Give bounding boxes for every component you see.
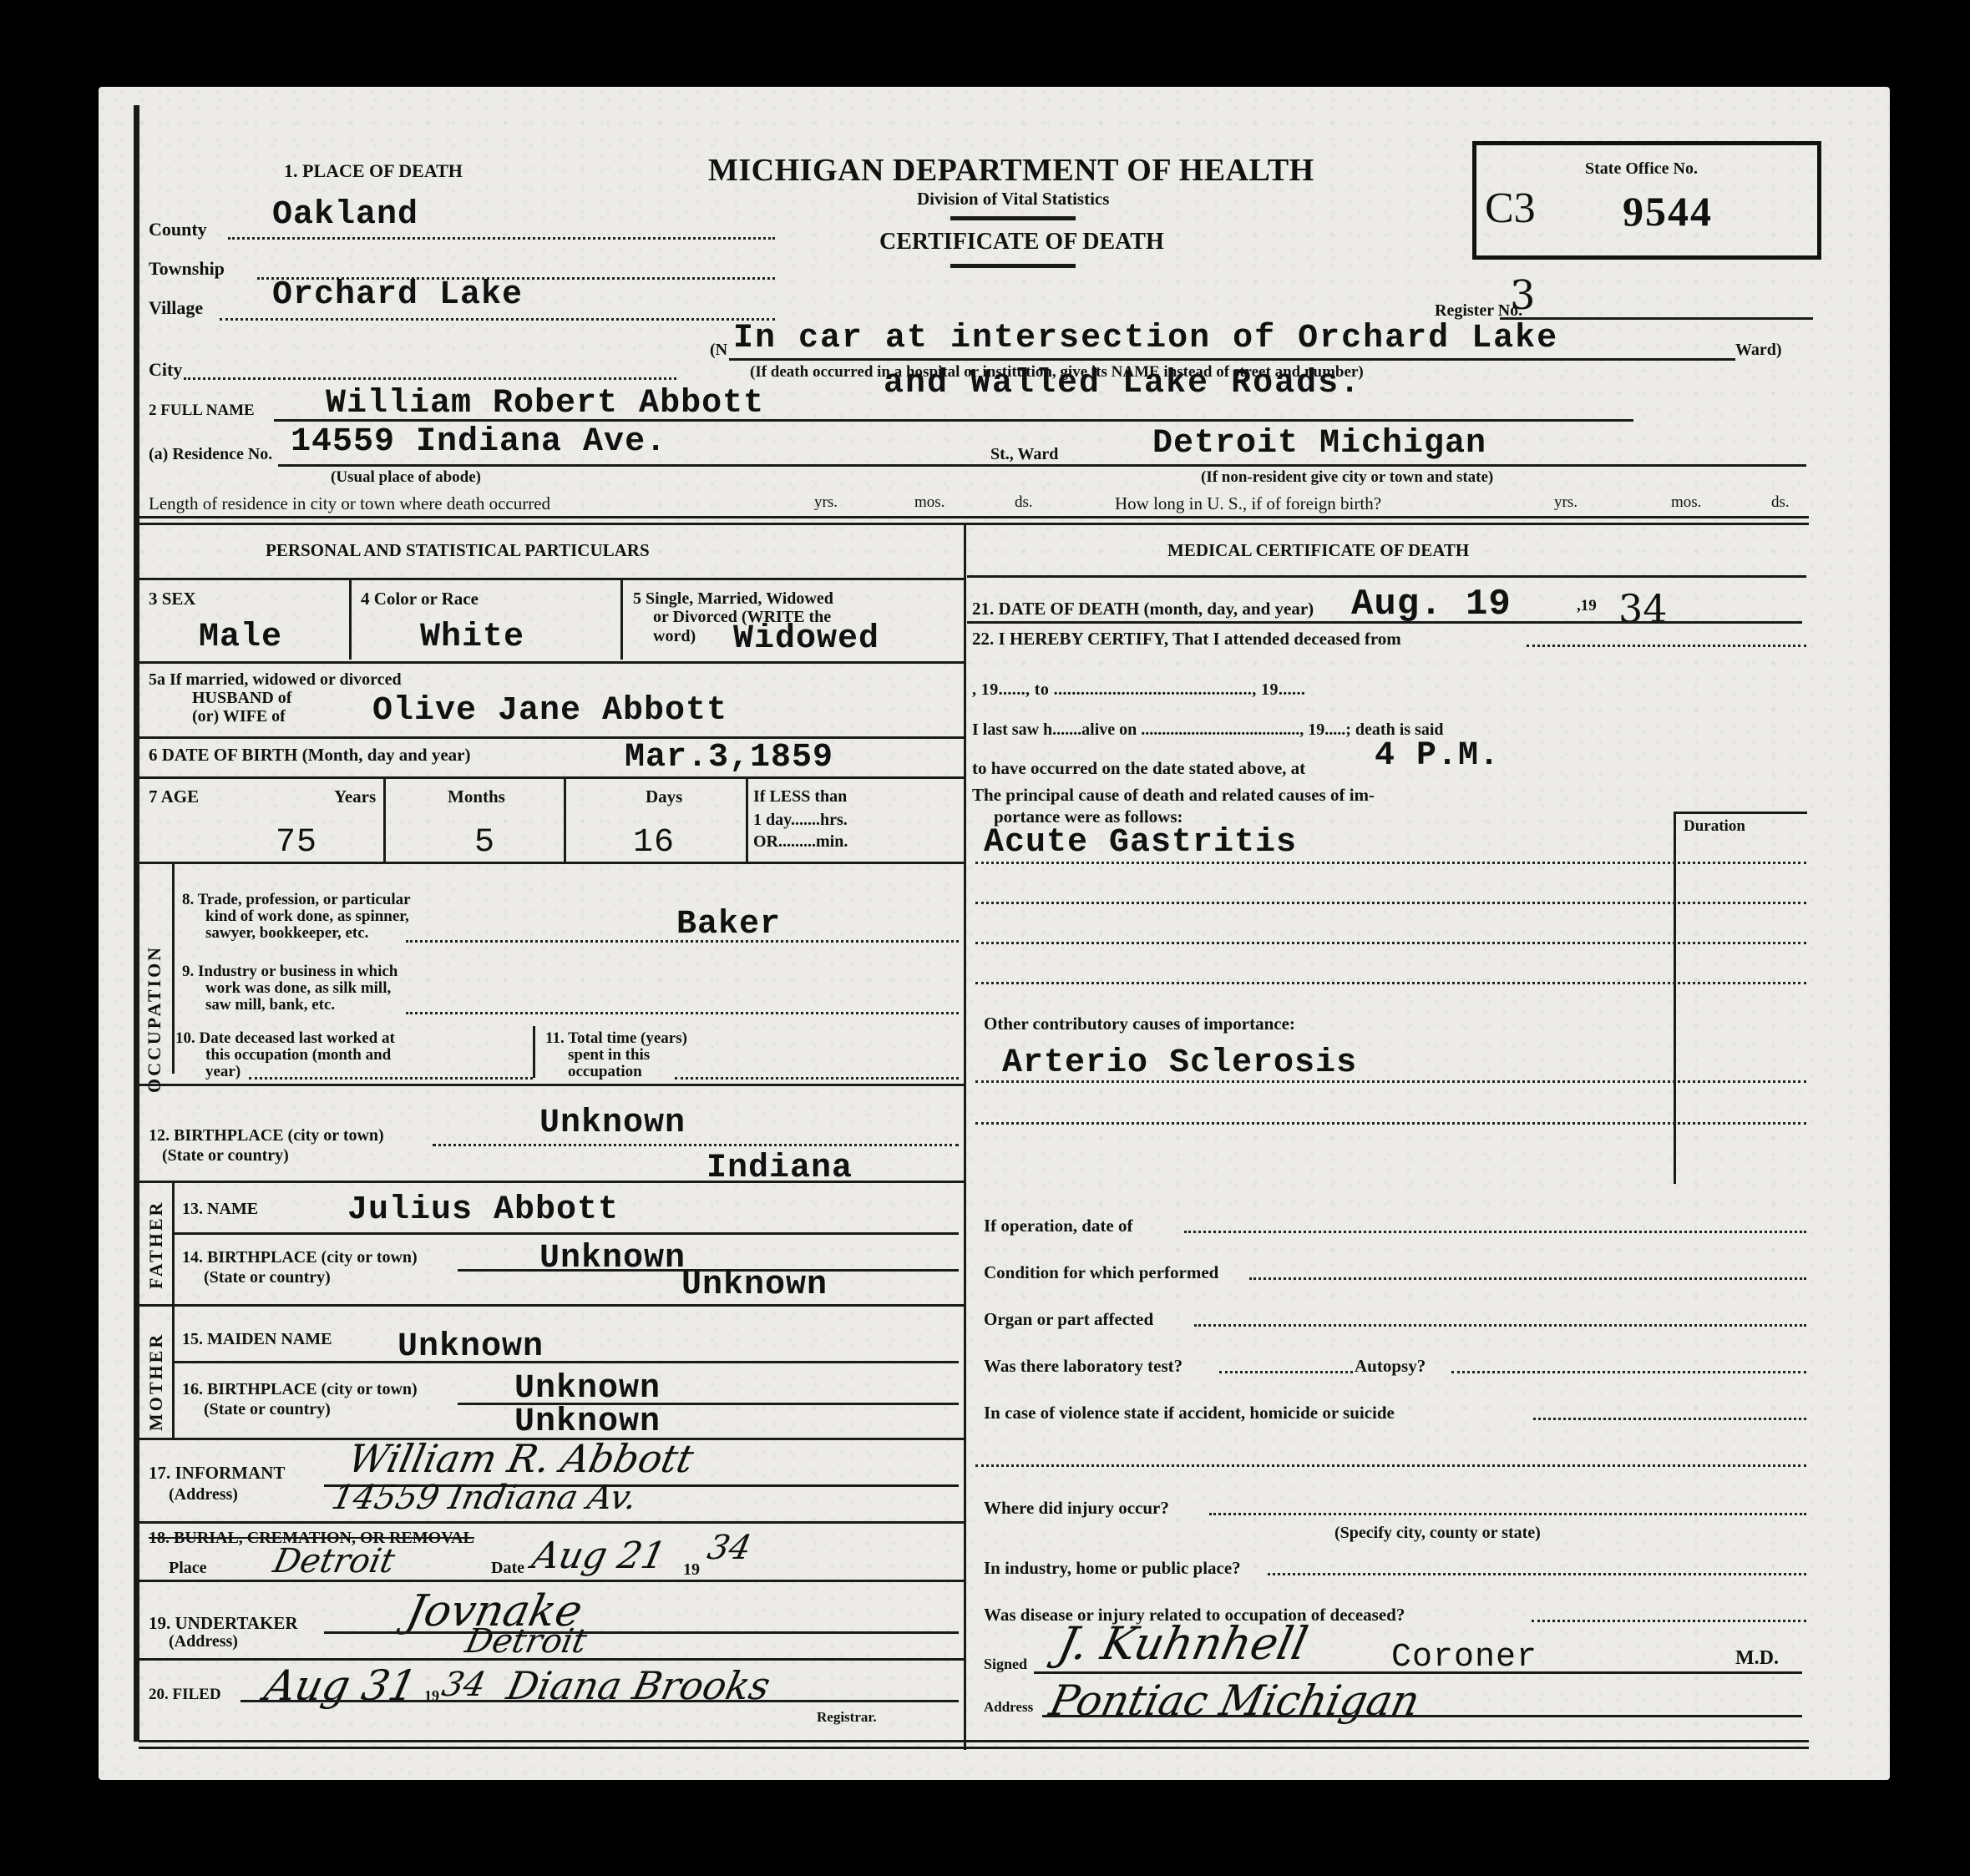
personal-section-title: PERSONAL AND STATISTICAL PARTICULARS <box>266 542 650 559</box>
maiden-name: Unknown <box>398 1331 544 1364</box>
filed-label: 20. FILED <box>149 1686 221 1702</box>
birthplace-city: Unknown <box>539 1107 686 1140</box>
burial-year: 34 <box>705 1531 754 1565</box>
residence-label: (a) Residence No. <box>149 446 272 463</box>
division-subtitle: Division of Vital Statistics <box>917 190 1109 208</box>
time-of-death: 4 P.M. <box>1375 740 1500 773</box>
age-months-value: 5 <box>474 827 495 860</box>
occurred-label: to have occurred on the date stated abov… <box>972 760 1305 777</box>
age-divider-3 <box>746 778 748 862</box>
total-time-label-3: occupation <box>568 1064 642 1080</box>
length-of-residence-label: Length of residence in city or town wher… <box>149 494 550 513</box>
industry-line <box>406 1012 959 1014</box>
sex-race-divider <box>349 579 352 660</box>
title-rule-top <box>950 216 1076 220</box>
mother-birthplace-label: 16. BIRTHPLACE (city or town) <box>182 1381 418 1398</box>
lab-test-line <box>1219 1371 1353 1373</box>
last-worked-label-3: year) <box>205 1064 241 1080</box>
race-value: White <box>420 621 524 655</box>
mother-state-label: (State or country) <box>204 1401 331 1418</box>
township-label: Township <box>149 260 225 278</box>
occupation-related-line <box>1532 1620 1806 1622</box>
header-double-rule-1 <box>139 516 1809 518</box>
less-label-1: If LESS than <box>753 788 847 805</box>
state-office-label: State Office No. <box>1585 160 1698 177</box>
sex-value: Male <box>199 621 282 655</box>
header-double-rule-2 <box>139 523 1809 525</box>
burial-year-prefix: 19 <box>683 1561 700 1578</box>
state-office-prefix: C3 <box>1485 184 1536 233</box>
residence-value: 14559 Indiana Ave. <box>291 426 666 459</box>
coroner-signature: J. Kuhnhell <box>1054 1621 1311 1666</box>
last-worked-label-1: 10. Date deceased last worked at <box>175 1030 395 1047</box>
father-name-label: 13. NAME <box>182 1201 258 1217</box>
dod-year: 34 <box>1618 586 1668 631</box>
race-label: 4 Color or Race <box>361 590 479 608</box>
county-line <box>228 237 775 240</box>
marital-label-1: 5 Single, Married, Widowed <box>633 590 833 607</box>
filed-line <box>241 1700 959 1702</box>
principal-cause: Acute Gastritis <box>984 827 1297 860</box>
foreign-ds: ds. <box>1771 494 1790 511</box>
cause-label-1: The principal cause of death and related… <box>972 786 1375 804</box>
full-name-line <box>274 419 1633 422</box>
undertaker-rule <box>139 1658 964 1661</box>
foreign-yrs: yrs. <box>1554 494 1578 511</box>
dod-label: 21. DATE OF DEATH (month, day, and year) <box>972 600 1314 618</box>
state-office-box: State Office No. C3 9544 <box>1472 141 1821 260</box>
marital-label-3: word) <box>653 628 696 645</box>
burial-place: Detroit <box>271 1545 398 1578</box>
informant-address: 14559 Indiana Av. <box>329 1481 640 1514</box>
other-cause: Arterio Sclerosis <box>1002 1047 1357 1080</box>
coroner-suffix: M.D. <box>1735 1648 1779 1668</box>
undertaker-label: 19. UNDERTAKER <box>149 1615 298 1632</box>
trade-label-3: sawyer, bookkeeper, etc. <box>205 925 368 942</box>
cause-line-1 <box>975 862 1806 864</box>
mother-birthplace-city: Unknown <box>514 1373 661 1406</box>
trade-line <box>406 940 959 943</box>
signer-address-label: Address <box>984 1700 1033 1714</box>
age-days-label: Days <box>646 788 682 806</box>
signed-line <box>1034 1671 1802 1674</box>
age-divider-1 <box>383 778 386 862</box>
county-label: County <box>149 220 207 239</box>
city-label: City <box>149 361 182 379</box>
trade-value: Baker <box>676 908 781 942</box>
signed-label: Signed <box>984 1656 1027 1671</box>
age-divider-2 <box>564 778 566 862</box>
injury-where-label: Where did injury occur? <box>984 1499 1169 1517</box>
cause-label-2: portance were as follows: <box>994 808 1183 826</box>
mother-side-label: MOTHER <box>145 1314 167 1431</box>
father-side-rule <box>172 1182 175 1306</box>
cause-line-2 <box>975 902 1806 904</box>
personal-rule <box>139 578 964 580</box>
nonresident-note: (If non-resident give city or town and s… <box>1201 469 1493 486</box>
footer-double-rule-1 <box>139 1740 1809 1742</box>
industry-label-3: saw mill, bank, etc. <box>205 997 335 1014</box>
lab-test-label: Was there laboratory test? <box>984 1358 1183 1375</box>
street-prefix: (N <box>710 341 727 358</box>
other-cause-line-2 <box>975 1122 1806 1125</box>
foreign-birth-label: How long in U. S., if of foreign birth? <box>1115 494 1381 513</box>
spouse-label-3: (or) WIFE of <box>192 708 286 725</box>
injury-where-line <box>1209 1513 1806 1515</box>
cause-line-4 <box>975 982 1806 984</box>
industry-home-line <box>1268 1573 1806 1575</box>
operation-label: If operation, date of <box>984 1217 1132 1235</box>
county-value: Oakland <box>272 199 418 232</box>
father-rule <box>139 1304 964 1307</box>
birthplace-label: 12. BIRTHPLACE (city or town) <box>149 1127 384 1144</box>
injury-where-note: (Specify city, county or state) <box>1334 1525 1541 1541</box>
autopsy-line <box>1451 1371 1806 1373</box>
age-rule <box>139 862 964 864</box>
condition-line <box>1249 1277 1806 1280</box>
burial-rule <box>139 1580 964 1582</box>
industry-label-1: 9. Industry or business in which <box>182 963 398 980</box>
death-certificate: 1. PLACE OF DEATH County Oakland Townshi… <box>99 87 1890 1780</box>
foreign-mos: mos. <box>1671 494 1701 511</box>
burial-place-label: Place <box>169 1560 207 1576</box>
maiden-name-label: 15. MAIDEN NAME <box>182 1331 332 1348</box>
street-line <box>729 358 1735 361</box>
spouse-value: Olive Jane Abbott <box>372 695 727 728</box>
occupation-side-rule <box>172 863 175 1074</box>
title-rule-bottom <box>950 264 1076 268</box>
occupation-rule <box>139 1084 964 1086</box>
coroner-title: Coroner <box>1391 1641 1537 1675</box>
informant-rule <box>139 1521 964 1524</box>
occupation-side-label: OCCUPATION <box>144 876 165 1093</box>
signer-address-line <box>1042 1715 1802 1717</box>
place-of-death-street: In car at intersection of Orchard Lake <box>733 322 1558 356</box>
age-label: 7 AGE <box>149 788 199 806</box>
st-ward-label: St., Ward <box>990 446 1058 463</box>
undertaker-line <box>324 1631 959 1634</box>
left-border-rule <box>134 105 139 1742</box>
violence-line <box>1533 1418 1806 1420</box>
dod-value: Aug. 19 <box>1351 586 1512 623</box>
sex-row-rule <box>139 661 964 664</box>
occupation-mid-divider <box>533 1026 535 1078</box>
less-label-3: OR.........min. <box>753 833 848 850</box>
maiden-name-line <box>174 1361 959 1363</box>
violence-label: In case of violence state if accident, h… <box>984 1404 1395 1422</box>
age-days-value: 16 <box>633 827 675 860</box>
center-divider <box>964 523 966 1750</box>
informant-address-label: (Address) <box>169 1486 238 1503</box>
father-birthplace-label: 14. BIRTHPLACE (city or town) <box>182 1249 418 1266</box>
dob-label: 6 DATE OF BIRTH (Month, day and year) <box>149 746 470 764</box>
trade-label-2: kind of work done, as spinner, <box>205 908 409 925</box>
residence-city-state: Detroit Michigan <box>1152 427 1486 461</box>
father-state-label: (State or country) <box>204 1269 331 1286</box>
dob-value: Mar.3,1859 <box>625 741 833 775</box>
trade-label-1: 8. Trade, profession, or particular <box>182 892 411 908</box>
village-label: Village <box>149 299 203 317</box>
father-birthplace-state: Unknown <box>681 1269 828 1302</box>
duration-top-rule <box>1675 812 1807 814</box>
place-of-death-heading: 1. PLACE OF DEATH <box>284 162 463 180</box>
medical-section-title: MEDICAL CERTIFICATE OF DEATH <box>1167 542 1469 559</box>
industry-home-label: In industry, home or public place? <box>984 1560 1241 1577</box>
filed-year: 34 <box>439 1668 489 1702</box>
total-time-label-2: spent in this <box>568 1047 650 1064</box>
father-name-line <box>174 1232 959 1235</box>
spouse-label-2: HUSBAND of <box>192 690 291 706</box>
spouse-rule <box>139 736 964 739</box>
village-line <box>220 318 775 321</box>
condition-label: Condition for which performed <box>984 1264 1218 1282</box>
birthplace-state-label: (State or country) <box>162 1147 289 1164</box>
full-name-label: 2 FULL NAME <box>149 402 255 418</box>
length-yrs: yrs. <box>814 494 838 511</box>
industry-label-2: work was done, as silk mill, <box>205 980 391 997</box>
duration-divider <box>1674 812 1676 1184</box>
certificate-title: CERTIFICATE OF DEATH <box>879 230 1164 254</box>
age-years-value: 75 <box>276 827 317 860</box>
spouse-label-1: 5a If married, widowed or divorced <box>149 671 402 688</box>
autopsy-label: Autopsy? <box>1355 1358 1426 1375</box>
informant-name: William R. Abbott <box>345 1439 696 1478</box>
ward-label: Ward) <box>1735 341 1782 358</box>
certify-line <box>1527 645 1806 647</box>
birthplace-line <box>433 1144 959 1146</box>
less-label-2: 1 day.......hrs. <box>753 812 848 828</box>
organ-label: Organ or part affected <box>984 1311 1153 1328</box>
informant-label: 17. INFORMANT <box>149 1464 285 1482</box>
city-line <box>184 377 676 380</box>
certify-label: 22. I HEREBY CERTIFY, That I attended de… <box>972 630 1401 648</box>
length-mos: mos. <box>914 494 944 511</box>
violence-line-2 <box>975 1464 1806 1467</box>
race-marital-divider <box>620 579 623 660</box>
length-ds: ds. <box>1015 494 1033 511</box>
medical-rule <box>967 575 1806 578</box>
last-worked-label-2: this occupation (month and <box>205 1047 391 1064</box>
other-cause-line-1 <box>975 1080 1806 1083</box>
abode-note: (Usual place of abode) <box>331 469 481 486</box>
dob-rule <box>139 776 964 779</box>
organ-line <box>1194 1324 1806 1327</box>
birthplace-rule <box>139 1181 964 1183</box>
total-time-label-1: 11. Total time (years) <box>545 1030 687 1047</box>
last-saw-label: I last saw h.......alive on ............… <box>972 721 1444 738</box>
residence-line <box>278 464 1806 467</box>
operation-line <box>1184 1231 1806 1233</box>
state-office-number: 9544 <box>1623 187 1713 235</box>
registrar-label: Registrar. <box>817 1710 877 1724</box>
mother-birthplace-state: Unknown <box>514 1406 661 1439</box>
other-causes-label: Other contributory causes of importance: <box>984 1015 1295 1033</box>
father-name: Julius Abbott <box>347 1194 619 1227</box>
sex-label: 3 SEX <box>149 590 196 608</box>
undertaker-address: Detroit <box>463 1625 590 1658</box>
last-worked-line <box>249 1077 533 1080</box>
father-side-label: FATHER <box>145 1189 167 1289</box>
burial-date-label: Date <box>491 1560 524 1576</box>
undertaker-address-label: (Address) <box>169 1633 238 1650</box>
full-name-value: William Robert Abbott <box>326 387 764 421</box>
burial-date: Aug 21 <box>529 1538 669 1575</box>
attended-line: , 19......, to .........................… <box>972 681 1305 698</box>
register-number: 3 <box>1510 272 1536 319</box>
dod-year-prefix: ,19 <box>1577 598 1597 614</box>
cause-line-3 <box>975 942 1806 944</box>
footer-double-rule-2 <box>139 1747 1809 1749</box>
place-of-death-street-cont: and Walled Lake Roads. <box>884 367 1361 401</box>
total-time-line <box>675 1077 959 1080</box>
duration-label: Duration <box>1684 818 1745 834</box>
village-value: Orchard Lake <box>272 279 523 312</box>
dod-line <box>967 621 1802 624</box>
department-title: MICHIGAN DEPARTMENT OF HEALTH <box>708 152 1314 189</box>
age-months-label: Months <box>448 788 505 806</box>
marital-value: Widowed <box>733 623 879 656</box>
age-years-label: Years <box>334 788 376 806</box>
mother-side-rule <box>172 1306 175 1439</box>
